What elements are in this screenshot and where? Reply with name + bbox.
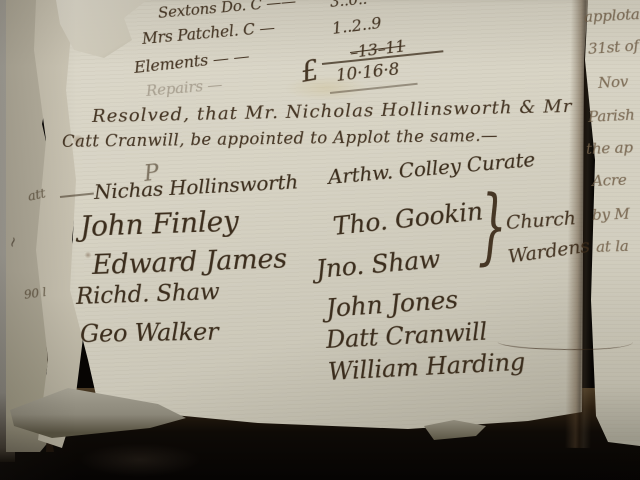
signature-left: John Finley — [79, 204, 239, 243]
opposite-page-fragment: the ap — [586, 138, 633, 158]
opposite-page-fragment: at la — [596, 237, 629, 256]
table-reflection — [60, 440, 220, 480]
opposite-page-fragment: Nov — [598, 72, 629, 92]
opposite-page-fragment: applota — [584, 5, 640, 26]
signature-left: Richd. Shaw — [76, 279, 220, 310]
opposite-page-fragment: Acre — [592, 171, 627, 190]
opposite-page-fragment: by M — [592, 205, 630, 224]
opposite-page-fragment: 31st of — [587, 36, 639, 57]
opposite-page-fragment: Parish — [588, 106, 635, 126]
book-photo: Sextons Do. C —— 3..0.. Mrs Patchel. C —… — [0, 0, 640, 480]
wardens-brace-glyph: } — [478, 186, 507, 268]
signature-left: Geo Walker — [80, 318, 219, 348]
